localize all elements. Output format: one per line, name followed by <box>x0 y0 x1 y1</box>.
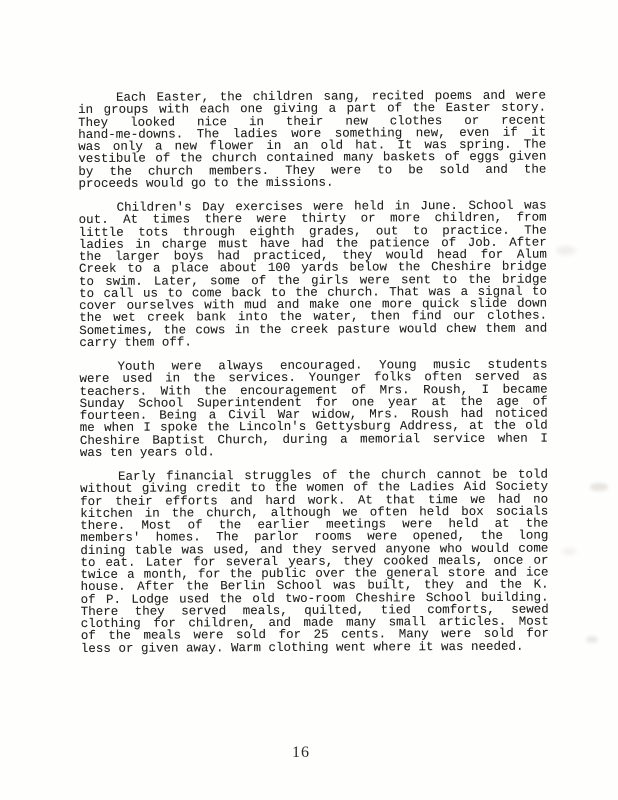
page-number: 16 <box>292 744 332 762</box>
scanned-document-page: Each Easter, the children sang, recited … <box>0 0 618 800</box>
text-line: less or given away. Warm clothing went w… <box>81 640 549 655</box>
scan-smudge <box>590 483 608 491</box>
paragraph: Each Easter, the children sang, recited … <box>78 90 547 190</box>
text-block: Each Easter, the children sang, recited … <box>78 90 549 655</box>
text-line: proceeds would go to the missions. <box>78 175 546 190</box>
text-line: Sometimes, the cows in the creek pasture… <box>79 322 547 337</box>
paragraph: Children's Day exercises were held in Ju… <box>79 200 548 349</box>
paragraph: Early financial struggles of the church … <box>80 469 549 655</box>
scan-smudge <box>562 548 576 555</box>
scan-smudge <box>556 246 576 255</box>
scan-smudge <box>586 636 598 643</box>
text-line: carry them off. <box>79 334 547 349</box>
text-line: Cheshire Baptist Church, during a memori… <box>80 432 548 447</box>
paragraph: Youth were always encouraged. Young musi… <box>79 359 548 459</box>
text-line: was ten years old. <box>80 444 548 459</box>
